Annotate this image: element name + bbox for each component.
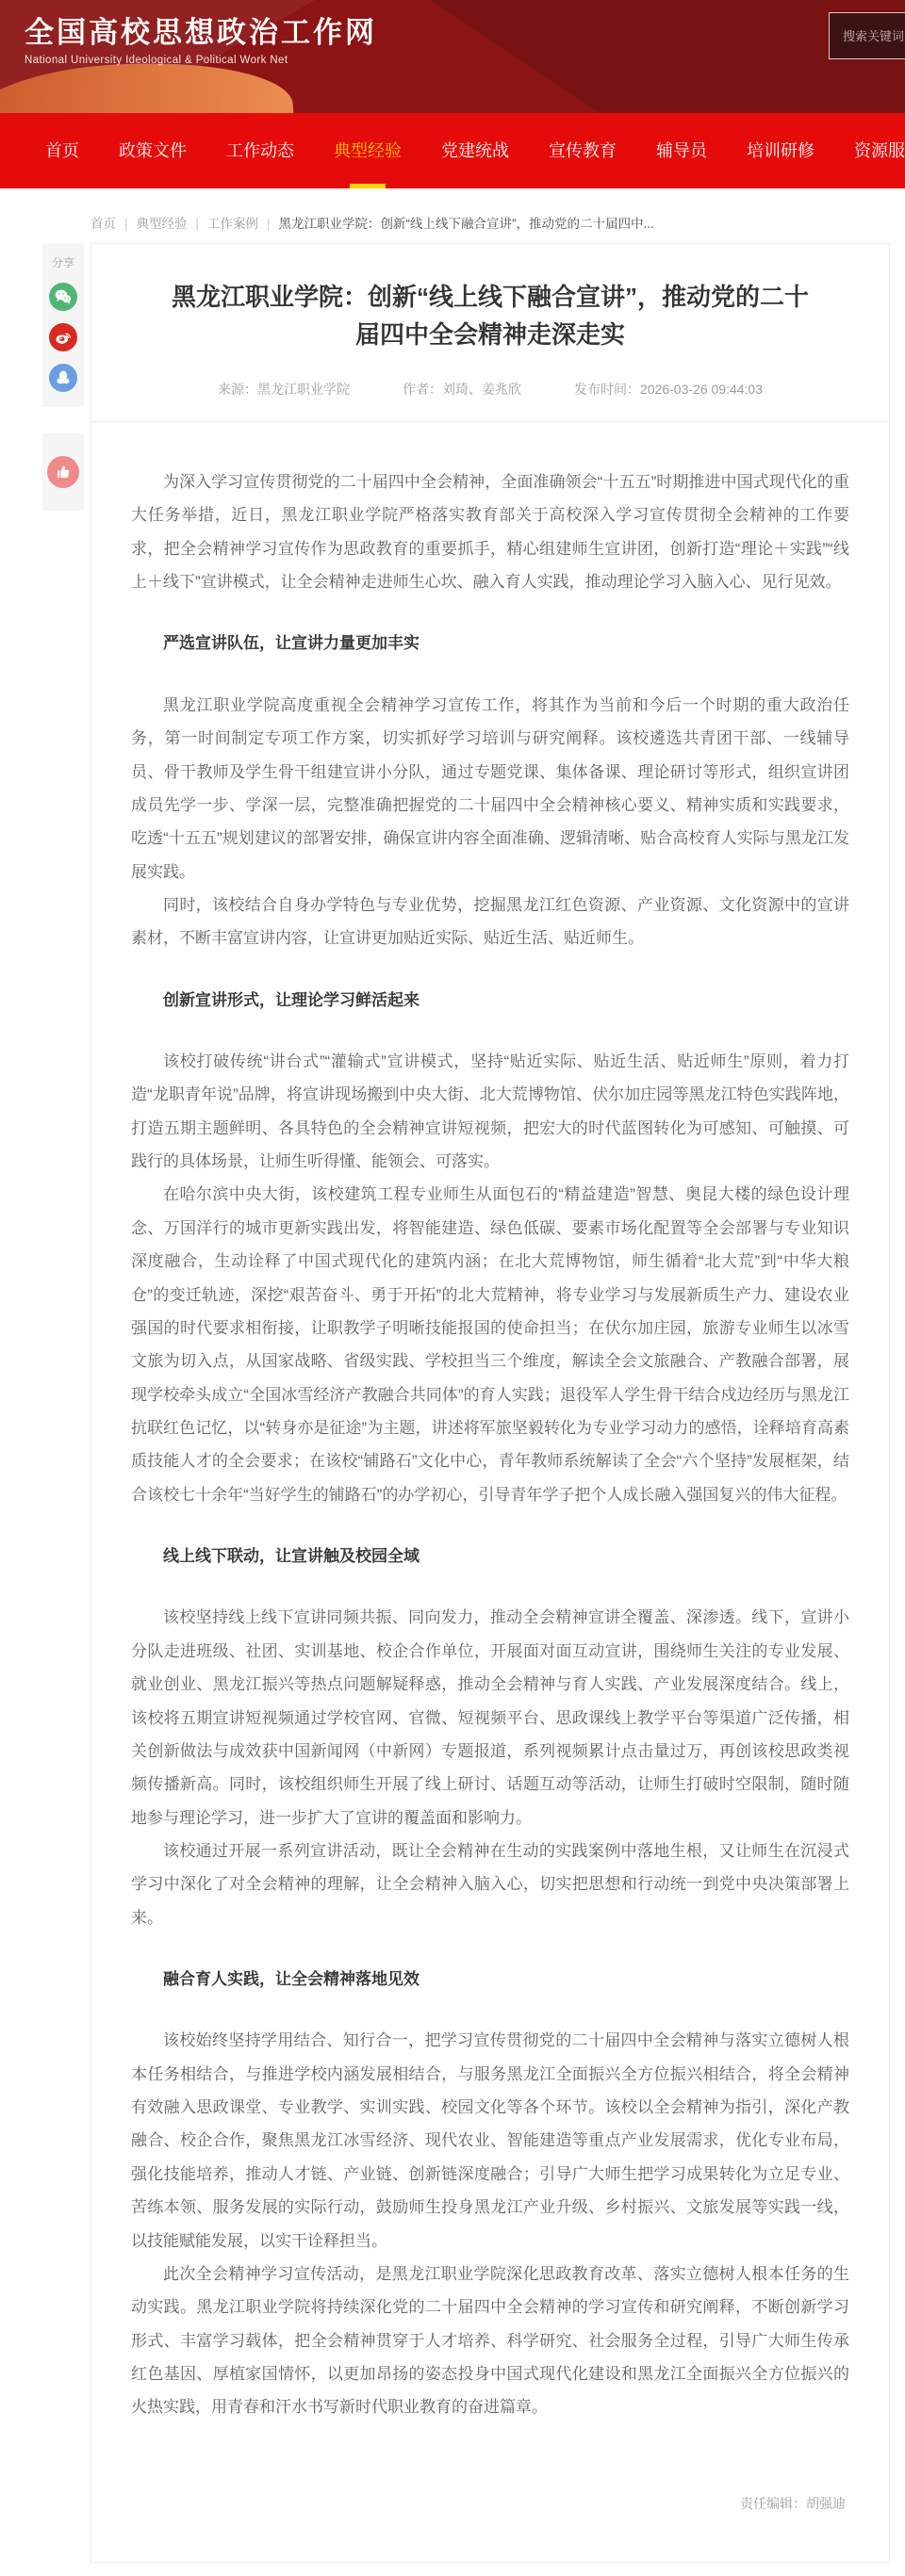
- nav-item[interactable]: 典型经验: [334, 113, 402, 188]
- nav-item[interactable]: 工作动态: [226, 113, 294, 188]
- article-source: 来源：黑龙江职业学院: [218, 380, 350, 399]
- nav-item[interactable]: 资源服务: [854, 113, 905, 188]
- search-box[interactable]: [829, 12, 905, 59]
- breadcrumb-item[interactable]: 首页: [90, 213, 116, 232]
- article-block: 同时，该校结合自身办学特色与专业优势，挖掘黑龙江红色资源、产业资源、文化资源中的…: [131, 889, 849, 955]
- article-block: 在哈尔滨中央大街，该校建筑工程专业师生从面包石的“精益建造”智慧、奥昆大楼的绿色…: [131, 1178, 849, 1511]
- article-title: 黑龙江职业学院：创新“线上线下融合宣讲”，推动党的二十届四中全会精神走深走实: [171, 278, 810, 353]
- wechat-share-icon[interactable]: [49, 283, 77, 311]
- nav-item[interactable]: 宣传教育: [549, 113, 617, 188]
- site-logo-title: 全国高校思想政治工作网: [25, 15, 377, 51]
- site-logo[interactable]: 全国高校思想政治工作网 National University Ideologi…: [25, 15, 377, 66]
- article-block: 此次全会精神学习宣传活动，是黑龙江职业学院深化思政教育改革、落实立德树人根本任务…: [131, 2258, 849, 2424]
- search-input[interactable]: [830, 29, 905, 43]
- site-logo-subtitle: National University Ideological & Politi…: [25, 55, 377, 66]
- article-editor: 责任编辑：胡强迪: [91, 2494, 889, 2562]
- like-panel: [42, 433, 84, 511]
- article-block: 黑龙江职业学院高度重视全会精神学习宣传工作，将其作为当前和今后一个时期的重大政治…: [131, 689, 849, 889]
- qq-icon: [54, 368, 73, 387]
- nav-item[interactable]: 党建统战: [441, 113, 509, 188]
- article-block: 该校打破传统“讲台式”“灌输式”宣讲模式，坚持“贴近实际、贴近生活、贴近师生”原…: [131, 1045, 849, 1178]
- article-block: 融合育人实践，让全会精神落地见效: [131, 1963, 849, 1996]
- main-content-area: 分享: [0, 243, 905, 2576]
- article-author: 作者：刘琦、姜兆欣: [403, 380, 521, 399]
- nav-item[interactable]: 首页: [45, 113, 79, 188]
- breadcrumb: 首页 典型经验 工作案例 黑龙江职业学院：创新“线上线下融合宣讲”，推动党的二十…: [90, 213, 890, 232]
- article-block: 该校通过开展一系列宣讲活动，既让全会精神在生动的实践案例中落地生根，又让师生在沉…: [131, 1834, 849, 1934]
- breadcrumb-item[interactable]: 黑龙江职业学院：创新“线上线下融合宣讲”，推动党的二十届四中...: [258, 213, 654, 232]
- weibo-share-icon[interactable]: [49, 323, 77, 351]
- wechat-icon: [54, 287, 73, 306]
- article-block: 该校坚持线上线下宣讲同频共振、同向发力，推动全会精神宣讲全覆盖、深渗透。线下，宣…: [131, 1601, 849, 1834]
- nav-item[interactable]: 辅导员: [656, 113, 707, 188]
- weibo-icon: [54, 328, 73, 347]
- main-nav: 首页 政策文件 工作动态 典型经验 党建统战 宣传教育 辅导员 培训研修 资源服…: [0, 113, 905, 188]
- breadcrumb-item[interactable]: 典型经验: [116, 213, 188, 232]
- article-card: 黑龙江职业学院：创新“线上线下融合宣讲”，推动党的二十届四中全会精神走深走实 来…: [90, 243, 890, 2563]
- share-panel: 分享: [42, 243, 84, 407]
- share-rail: 分享: [42, 243, 84, 511]
- share-label: 分享: [42, 254, 84, 270]
- article-body: 为深入学习宣传贯彻党的二十届四中全会精神，全面准确领会“十五五”时期推进中国式现…: [91, 422, 889, 2424]
- article-publish-time: 发布时间：2026-03-26 09:44:03: [574, 380, 763, 399]
- article-block: 严选宣讲队伍，让宣讲力量更加丰实: [131, 627, 849, 660]
- article-block: 为深入学习宣传贯彻党的二十届四中全会精神，全面准确领会“十五五”时期推进中国式现…: [131, 465, 849, 598]
- nav-item[interactable]: 培训研修: [747, 113, 814, 188]
- like-button[interactable]: [47, 456, 79, 488]
- article-block: 该校始终坚持学用结合、知行合一，把学习宣传贯彻党的二十届四中全会精神与落实立德树…: [131, 2024, 849, 2258]
- article-block: 线上线下联动，让宣讲触及校园全域: [131, 1540, 849, 1573]
- nav-item[interactable]: 政策文件: [119, 113, 187, 188]
- article-header: 黑龙江职业学院：创新“线上线下融合宣讲”，推动党的二十届四中全会精神走深走实 来…: [91, 244, 889, 422]
- article-meta: 来源：黑龙江职业学院 作者：刘琦、姜兆欣 发布时间：2026-03-26 09:…: [171, 380, 810, 421]
- qq-share-icon[interactable]: [49, 364, 77, 392]
- thumbs-up-icon: [55, 464, 72, 481]
- article-block: 创新宣讲形式，让理论学习鲜活起来: [131, 984, 849, 1017]
- breadcrumb-item[interactable]: 工作案例: [188, 213, 259, 232]
- site-header: 全国高校思想政治工作网 National University Ideologi…: [0, 0, 905, 113]
